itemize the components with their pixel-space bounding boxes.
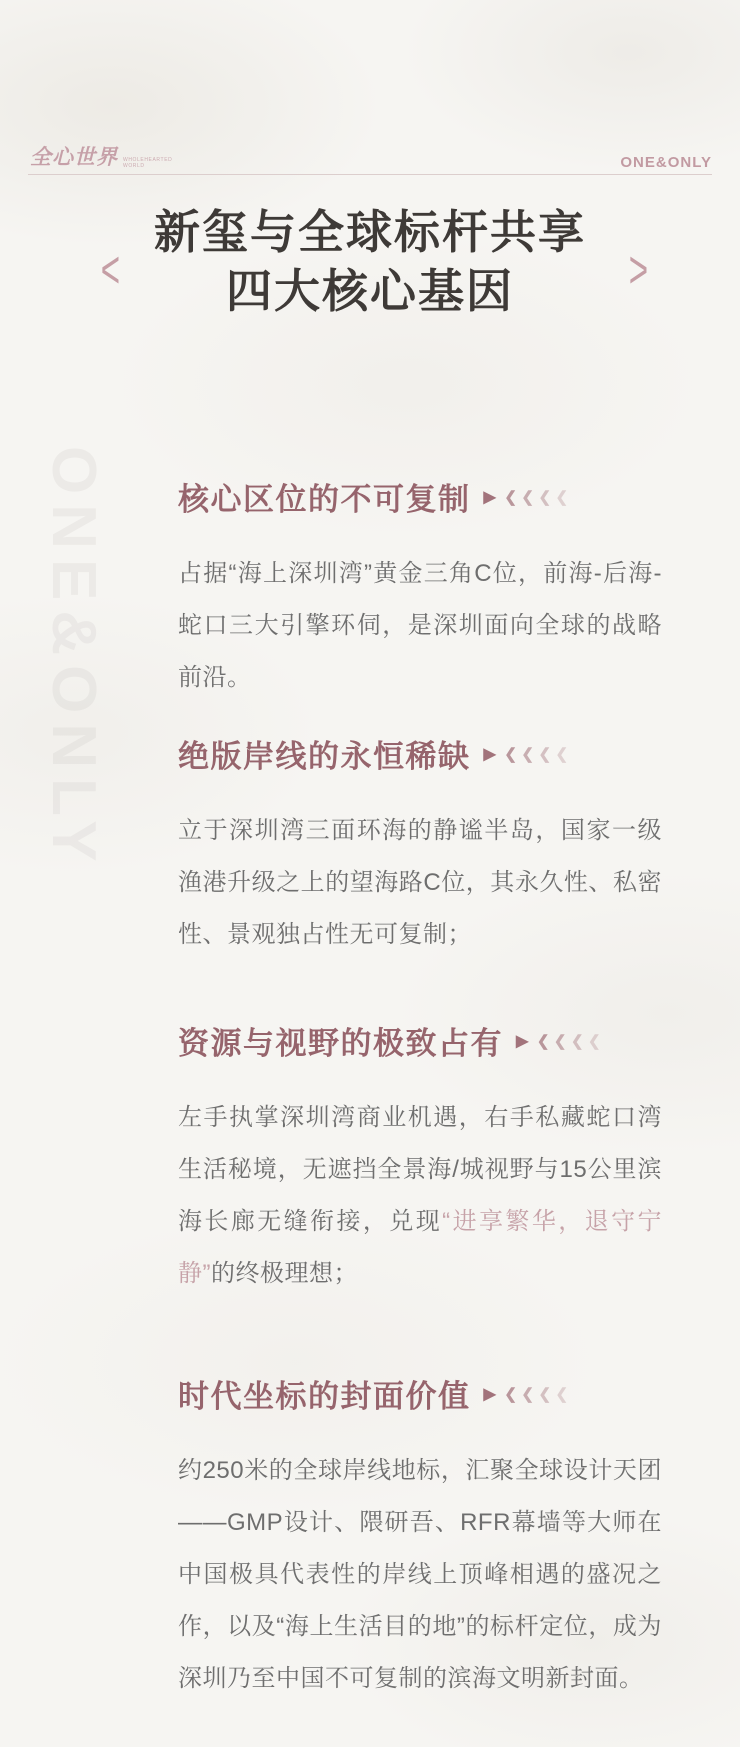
play-triangle-icon: ▶ xyxy=(516,1031,530,1051)
section-body: 占据“海上深圳湾”黄金三角C位，前海-后海-蛇口三大引擎环伺，是深圳面向全球的战… xyxy=(178,548,662,704)
chevron-left-icon: ❮ xyxy=(537,1032,551,1050)
chevron-left-icon: ❮ xyxy=(504,745,518,763)
chevron-left-icon: ❮ xyxy=(521,1385,535,1403)
chevron-left-icon: ❮ xyxy=(571,1032,585,1050)
brand-logo-left-subtext: WHOLEHEARTED WORLD xyxy=(123,157,172,169)
heading-decoration: ▶ ❮ ❮ ❮ ❮ xyxy=(484,487,573,507)
chevron-left-icon: ❮ xyxy=(556,488,570,506)
section-heading: 核心区位的不可复制 ▶ ❮ ❮ ❮ ❮ xyxy=(178,474,662,519)
next-arrow-icon[interactable]: > xyxy=(629,243,648,296)
section-heading-text: 绝版岸线的永恒稀缺 xyxy=(178,731,471,776)
section-heading-text: 资源与视野的极致占有 xyxy=(178,1018,503,1063)
brand-logo-left: 全心世界 WHOLEHEARTED WORLD xyxy=(30,141,172,171)
feature-section-views: 资源与视野的极致占有 ▶ ❮ ❮ ❮ ❮ 左手执掌深圳湾商业机遇，右手私藏蛇口湾… xyxy=(178,1018,662,1300)
section-body: 左手执掌深圳湾商业机遇，右手私藏蛇口湾生活秘境，无遮挡全景海/城视野与15公里滨… xyxy=(178,1092,662,1300)
chevron-left-icon: ❮ xyxy=(504,1385,518,1403)
feature-section-coastline: 绝版岸线的永恒稀缺 ▶ ❮ ❮ ❮ ❮ 立于深圳湾三面环海的静谧半岛，国家一级渔… xyxy=(178,731,662,961)
chevron-left-icon: ❮ xyxy=(521,745,535,763)
section-body: 约250米的全球岸线地标，汇聚全球设计天团——GMP设计、隈研吾、RFR幕墙等大… xyxy=(178,1445,662,1705)
section-heading: 资源与视野的极致占有 ▶ ❮ ❮ ❮ ❮ xyxy=(178,1018,662,1063)
section-body: 立于深圳湾三面环海的静谧半岛，国家一级渔港升级之上的望海路C位，其永久性、私密性… xyxy=(178,805,662,961)
chevron-left-icon: ❮ xyxy=(556,745,570,763)
chevron-left-icon: ❮ xyxy=(538,488,552,506)
brand-logo-left-cn: 全心世界 xyxy=(30,141,118,171)
section-heading: 时代坐标的封面价值 ▶ ❮ ❮ ❮ ❮ xyxy=(178,1371,662,1416)
play-triangle-icon: ▶ xyxy=(484,487,498,507)
chevron-left-icon: ❮ xyxy=(504,488,518,506)
chevron-left-icon: ❮ xyxy=(538,745,552,763)
feature-section-location: 核心区位的不可复制 ▶ ❮ ❮ ❮ ❮ 占据“海上深圳湾”黄金三角C位，前海-后… xyxy=(178,474,662,704)
section-body-text: 的终极理想； xyxy=(211,1260,358,1287)
heading-decoration: ▶ ❮ ❮ ❮ ❮ xyxy=(484,744,573,764)
play-triangle-icon: ▶ xyxy=(484,1384,498,1404)
chevron-left-icon: ❮ xyxy=(554,1032,568,1050)
heading-decoration: ▶ ❮ ❮ ❮ ❮ xyxy=(516,1031,605,1051)
chevron-left-icon: ❮ xyxy=(556,1385,570,1403)
section-heading: 绝版岸线的永恒稀缺 ▶ ❮ ❮ ❮ ❮ xyxy=(178,731,662,776)
section-heading-text: 时代坐标的封面价值 xyxy=(178,1371,471,1416)
brand-logo-right: ONE&ONLY xyxy=(620,154,712,171)
chevron-left-icon: ❮ xyxy=(521,488,535,506)
chevron-left-icon: ❮ xyxy=(538,1385,552,1403)
heading-decoration: ▶ ❮ ❮ ❮ ❮ xyxy=(484,1384,573,1404)
page-header: 全心世界 WHOLEHEARTED WORLD ONE&ONLY xyxy=(30,141,712,171)
feature-section-landmark: 时代坐标的封面价值 ▶ ❮ ❮ ❮ ❮ 约250米的全球岸线地标，汇聚全球设计天… xyxy=(178,1371,662,1705)
prev-arrow-icon[interactable]: < xyxy=(101,243,120,296)
brand-logo-left-subtext-line2: WORLD xyxy=(123,163,172,169)
play-triangle-icon: ▶ xyxy=(484,744,498,764)
section-heading-text: 核心区位的不可复制 xyxy=(178,474,471,519)
header-divider xyxy=(28,174,712,175)
chevron-left-icon: ❮ xyxy=(588,1032,602,1050)
watermark-text: ONE&ONLY xyxy=(38,446,109,872)
